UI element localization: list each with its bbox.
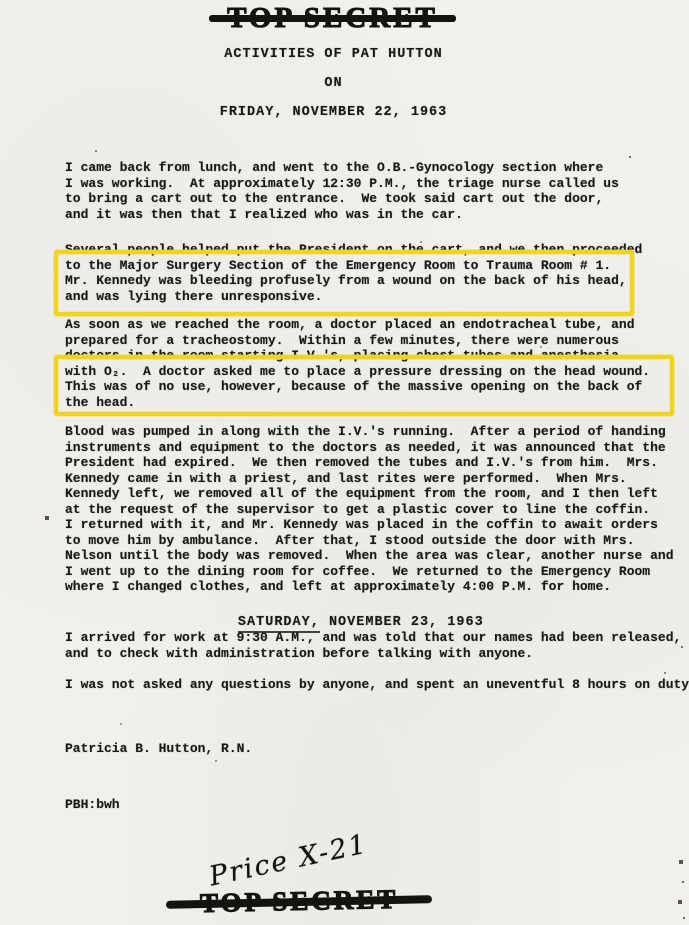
- text-line: This was of no use, however, because of …: [65, 379, 650, 395]
- text-line: I returned with it, and Mr. Kennedy was …: [65, 517, 674, 533]
- text-line: instruments and equipment to the doctors…: [65, 440, 674, 456]
- text-line: doctors in the room starting I.V.'s, pla…: [65, 348, 650, 364]
- date-heading-friday: FRIDAY, NOVEMBER 22, 1963: [0, 105, 689, 120]
- text-line: and it was then that I realized who was …: [65, 207, 619, 223]
- document-page: TOP SECRET ACTIVITIES OF PAT HUTTON ON F…: [0, 0, 689, 925]
- text-line: prepared for a tracheostomy. Within a fe…: [65, 333, 650, 349]
- handwritten-note: Price X-21: [207, 829, 371, 893]
- text-line: Nelson until the body was removed. When …: [65, 548, 674, 564]
- text-line: with O₂. A doctor asked me to place a pr…: [65, 364, 650, 380]
- paragraph-5: I arrived for work at 9:30 A.M., and was…: [65, 630, 681, 661]
- text-line: the head.: [65, 395, 650, 411]
- text-line: to the Major Surgery Section of the Emer…: [65, 258, 642, 274]
- text-line: to move him by ambulance. After that, I …: [65, 533, 674, 549]
- text-line: I went up to the dining room for coffee.…: [65, 564, 674, 580]
- text-line: As soon as we reached the room, a doctor…: [65, 317, 650, 333]
- text-line: I came back from lunch, and went to the …: [65, 160, 619, 176]
- paragraph-3: As soon as we reached the room, a doctor…: [65, 317, 650, 410]
- text-line: Blood was pumped in along with the I.V.'…: [65, 424, 674, 440]
- text-line: and to check with administration before …: [65, 646, 681, 662]
- text-line: where I changed clothes, and left at app…: [65, 579, 674, 595]
- typist-initials: PBH:bwh: [65, 797, 120, 813]
- title-on: ON: [0, 76, 689, 91]
- saturday-rest: NOVEMBER 23, 1963: [320, 615, 484, 630]
- text-line: Several people helped put the President …: [65, 242, 642, 258]
- text-line: I arrived for work at 9:30 A.M., and was…: [65, 630, 681, 646]
- text-line: to bring a cart out to the entrance. We …: [65, 191, 619, 207]
- signature-line: Patricia B. Hutton, R.N.: [65, 741, 252, 757]
- text-line: Mr. Kennedy was bleeding profusely from …: [65, 273, 642, 289]
- text-line: and was lying there unresponsive.: [65, 289, 642, 305]
- text-line: I was not asked any questions by anyone,…: [65, 677, 689, 693]
- text-line: at the request of the supervisor to get …: [65, 502, 674, 518]
- text-line: President had expired. We then removed t…: [65, 455, 674, 471]
- text-line: Kennedy left, we removed all of the equi…: [65, 486, 674, 502]
- top-secret-stamp-top: TOP SECRET: [0, 2, 689, 35]
- document-title: ACTIVITIES OF PAT HUTTON: [0, 47, 689, 62]
- paragraph-1: I came back from lunch, and went to the …: [65, 160, 619, 222]
- strikethrough-line: [209, 15, 456, 22]
- top-secret-stamp-bottom: TOP SECRET: [0, 886, 689, 917]
- text-line: Kennedy came in with a priest, and last …: [65, 471, 674, 487]
- text-line: I was working. At approximately 12:30 P.…: [65, 176, 619, 192]
- paragraph-6: I was not asked any questions by anyone,…: [65, 677, 689, 693]
- paragraph-2: Several people helped put the President …: [65, 242, 642, 304]
- paragraph-4: Blood was pumped in along with the I.V.'…: [65, 424, 674, 595]
